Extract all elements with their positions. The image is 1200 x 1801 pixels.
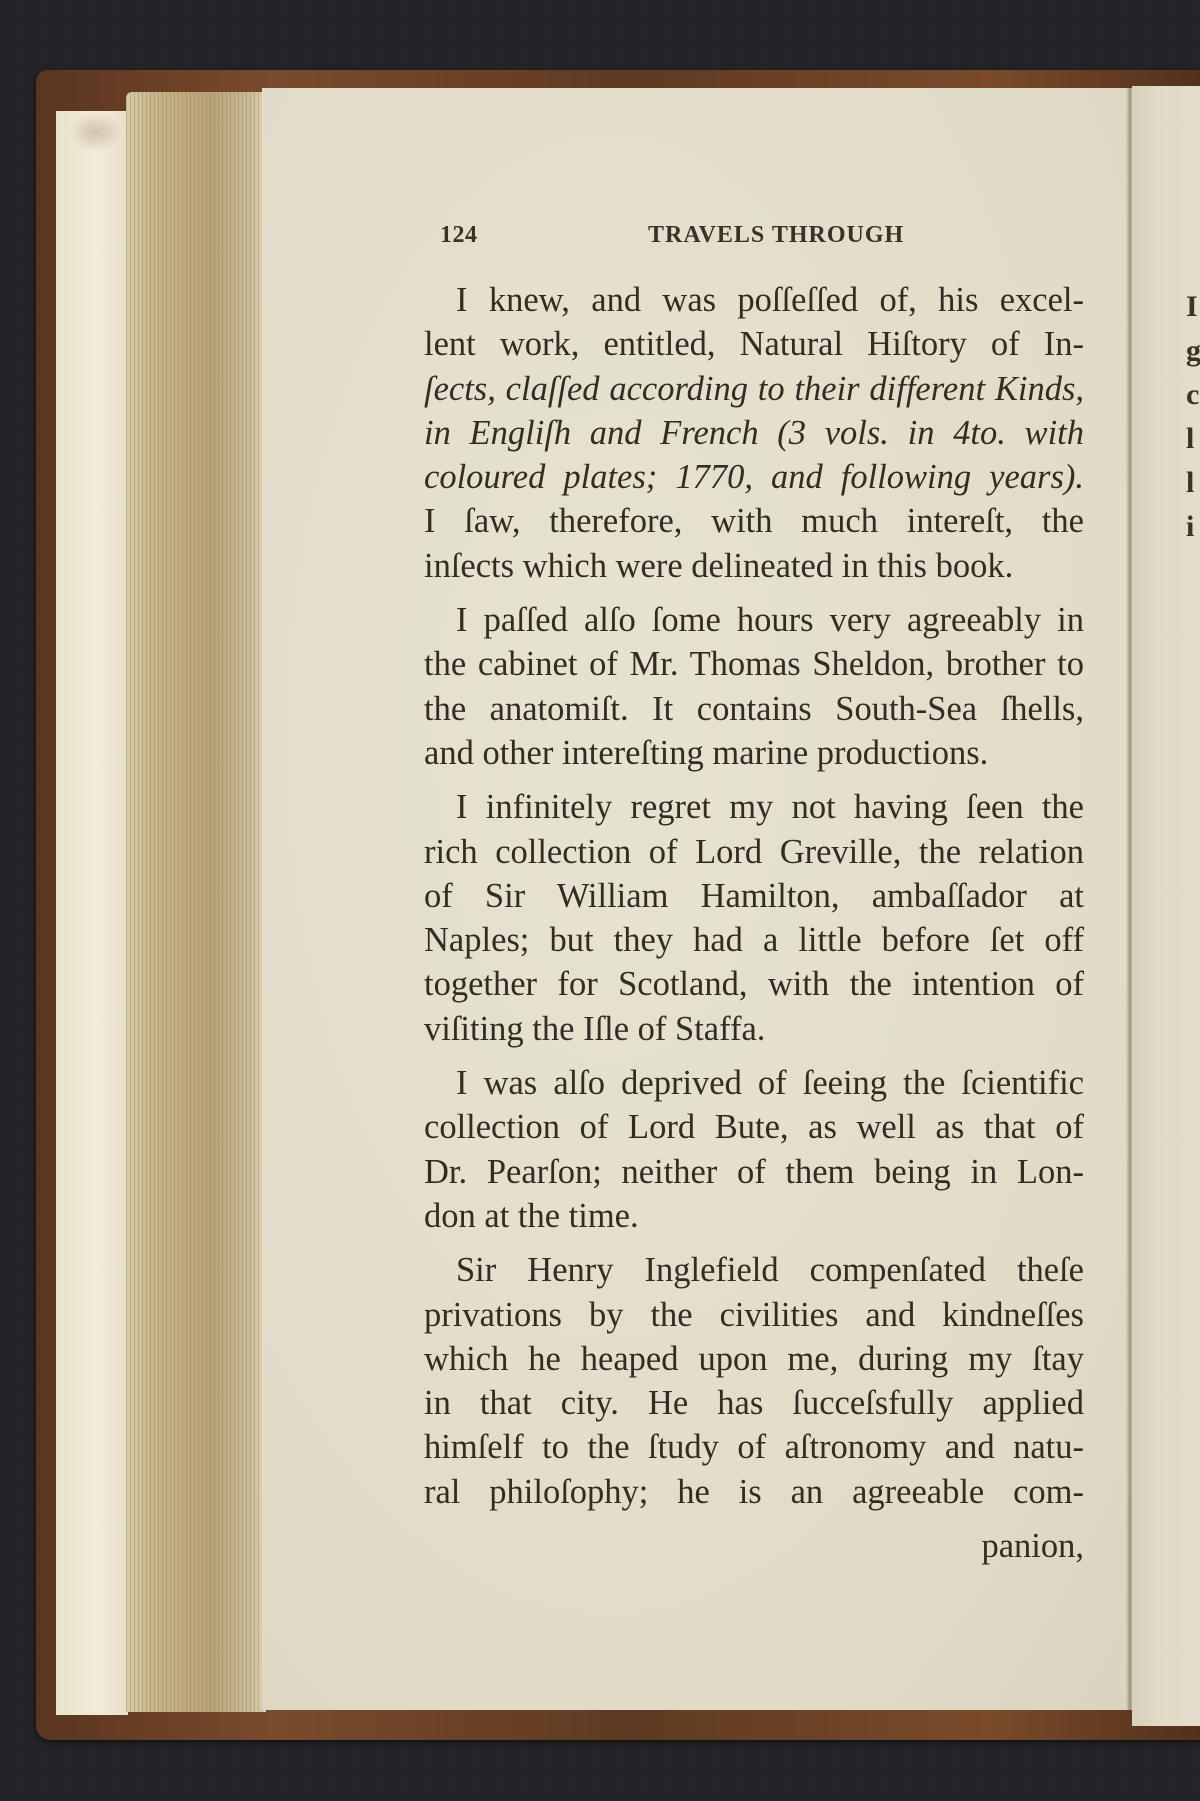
text-line: rich collection of Lord Greville, the re…	[424, 830, 1084, 874]
right-page-letters: I g c l l i	[1186, 285, 1200, 549]
text-line: the anatomiſt. It contains South-Sea ſhe…	[424, 687, 1084, 731]
page-number: 124	[440, 222, 478, 249]
text-line: I infinitely regret my not having ſeen t…	[424, 785, 1084, 829]
body-text: I knew, and was poſſeſſed of, his excel-…	[424, 278, 1084, 1568]
text-line-italic: in Engliſh and French (3 vols. in 4to. w…	[424, 411, 1084, 455]
text-line: the cabinet of Mr. Thomas Sheldon, broth…	[424, 642, 1084, 686]
text-line: I knew, and was poſſeſſed of, his excel-	[424, 278, 1084, 322]
right-letter: i	[1186, 505, 1200, 549]
text-line: Dr. Pearſon; neither of them being in Lo…	[424, 1150, 1084, 1194]
text-line: himſelf to the ſtudy of aſtronomy and na…	[424, 1425, 1084, 1469]
text-line: which he heaped upon me, during my ſtay	[424, 1337, 1084, 1381]
right-letter: I	[1186, 285, 1200, 329]
text-line: viſiting the Iſle of Staffa.	[424, 1007, 1084, 1051]
page-edges-stack	[126, 92, 266, 1712]
endpaper	[56, 111, 128, 1715]
text-line: Naples; but they had a little before ſet…	[424, 918, 1084, 962]
text-line: inſects which were delineated in this bo…	[424, 544, 1084, 588]
right-letter: g	[1186, 329, 1200, 373]
text-line: I was alſo deprived of ſeeing the ſcient…	[424, 1061, 1084, 1105]
right-letter: c	[1186, 373, 1200, 417]
text-line: collection of Lord Bute, as well as that…	[424, 1105, 1084, 1149]
text-line: lent work, entitled, Natural Hiſtory of …	[424, 322, 1084, 366]
text-line: Sir Henry Inglefield compenſated theſe	[424, 1248, 1084, 1292]
right-letter: l	[1186, 461, 1200, 505]
text-line: and other intereſting marine productions…	[424, 731, 1084, 775]
endpaper-stain	[70, 112, 122, 152]
text-line: don at the time.	[424, 1194, 1084, 1238]
text-line: of Sir William Hamilton, ambaſſador at	[424, 874, 1084, 918]
text-line-italic: coloured plates; 1770, and following yea…	[424, 455, 1084, 499]
text-line: together for Scotland, with the intentio…	[424, 962, 1084, 1006]
right-letter: l	[1186, 417, 1200, 461]
text-line: privations by the civilities and kindneſ…	[424, 1293, 1084, 1337]
catchword: panion,	[981, 1524, 1084, 1568]
text-line: I ſaw, therefore, with much intereſt, th…	[424, 499, 1084, 543]
text-line: in that city. He has ſucceſsfully applie…	[424, 1381, 1084, 1425]
text-line-italic: ſects, claſſed according to their differ…	[424, 367, 1084, 411]
page-header: 124 TRAVELS THROUGH	[440, 222, 970, 262]
running-head: TRAVELS THROUGH	[648, 222, 904, 249]
text-line: ral philoſophy; he is an agreeable com-	[424, 1470, 1084, 1514]
text-line: I paſſed alſo ſome hours very agreeably …	[424, 598, 1084, 642]
